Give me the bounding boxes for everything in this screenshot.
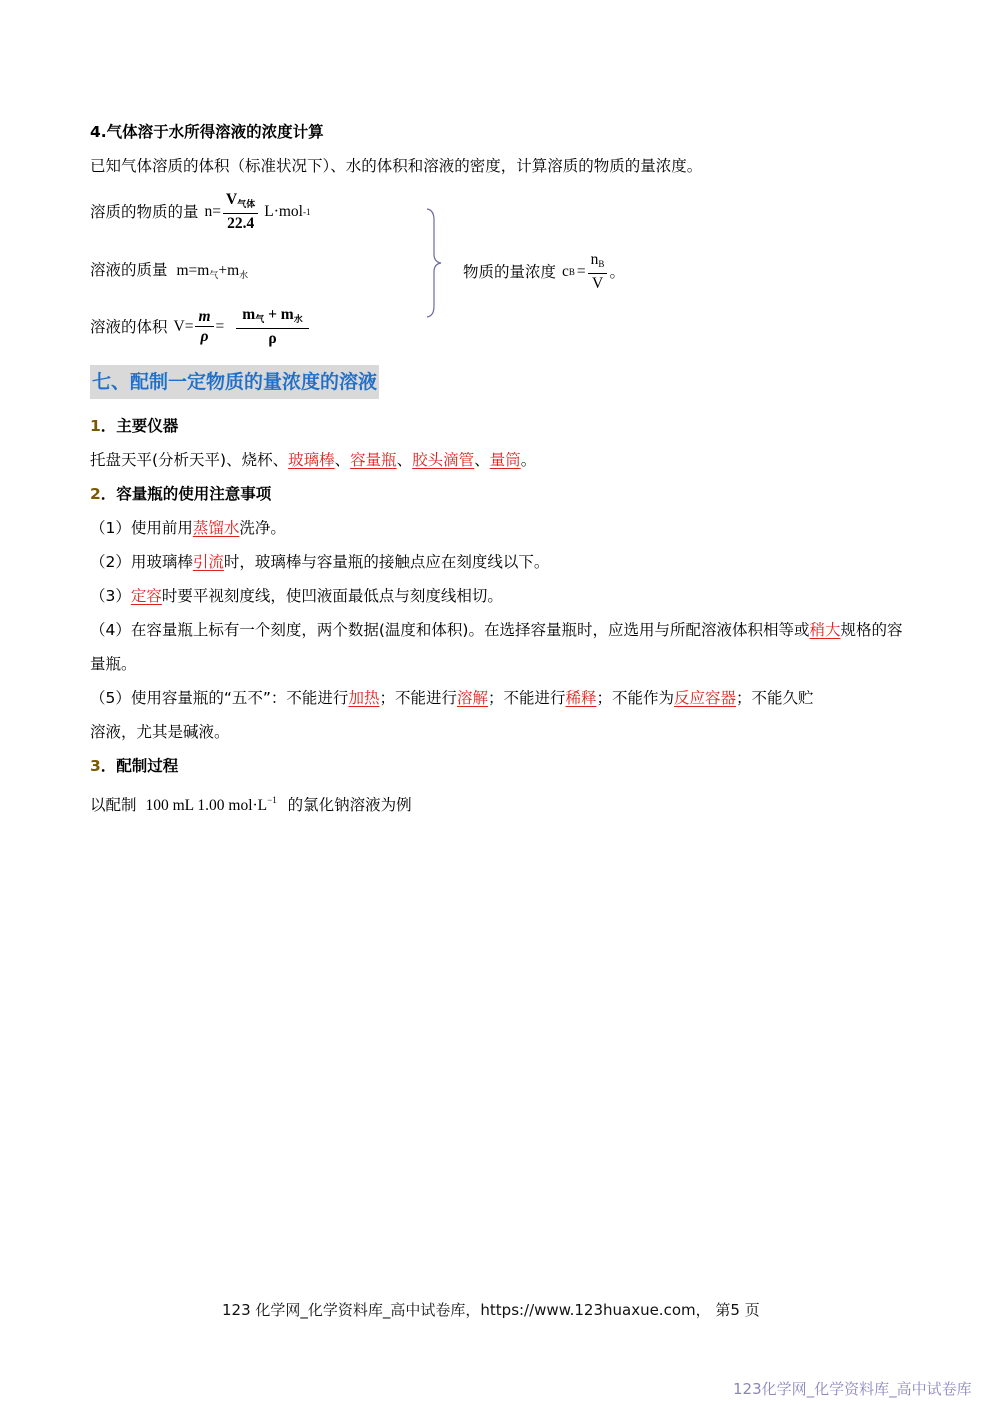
subheading-instruments: 1．主要仪器 — [90, 416, 178, 436]
formula-label: 溶液的体积 — [90, 317, 168, 337]
key-term: 稍大 — [809, 621, 840, 639]
formula-label: 溶液的质量 — [90, 261, 168, 279]
note-2: （2）用玻璃棒引流时，玻璃棒与容量瓶的接触点应在刻度线以下。 — [90, 552, 549, 572]
key-term: 容量瓶 — [350, 451, 397, 469]
key-term: 胶头滴管 — [412, 451, 474, 469]
formula-moles: 溶质的物质的量 n= V气体 22.4 L·mol-1 — [90, 190, 310, 234]
note-5-continued: 溶液，尤其是碱液。 — [90, 722, 230, 742]
formula-concentration: 物质的量浓度 cB = nB V 。 — [463, 250, 625, 294]
intro-paragraph: 已知气体溶质的体积（标准状况下）、水的体积和溶液的密度，计算溶质的物质的量浓度。 — [90, 156, 702, 176]
section-heading: 4.气体溶于水所得溶液的浓度计算 — [90, 122, 324, 142]
key-term: 加热 — [348, 689, 379, 707]
note-5: （5）使用容量瓶的“五不”：不能进行加热；不能进行溶解；不能进行稀释；不能作为反… — [90, 688, 814, 708]
note-1: （1）使用前用蒸馏水洗净。 — [90, 518, 286, 538]
fraction: V气体 22.4 — [223, 191, 258, 234]
section-title: 七、配制一定物质的量浓度的溶液 — [90, 365, 379, 399]
key-term: 稀释 — [566, 689, 597, 707]
key-term: 反应容器 — [674, 689, 736, 707]
subheading-procedure: 3．配制过程 — [90, 756, 178, 776]
formula-label: 溶质的物质的量 — [90, 202, 199, 222]
right-brace-icon — [425, 208, 445, 318]
note-3: （3）定容时要平视刻度线，使凹液面最低点与刻度线相切。 — [90, 586, 503, 606]
key-term: 蒸馏水 — [193, 519, 240, 537]
key-term: 玻璃棒 — [288, 451, 335, 469]
fraction: m ρ — [195, 308, 213, 347]
fraction: nB V — [588, 251, 608, 294]
note-4: （4）在容量瓶上标有一个刻度，两个数据(温度和体积)。在选择容量瓶时，应选用与所… — [90, 613, 905, 681]
instruments-line: 托盘天平(分析天平)、烧杯、玻璃棒、容量瓶、胶头滴管、量筒。 — [90, 450, 536, 470]
key-term: 量筒 — [490, 451, 521, 469]
formula-label: 物质的量浓度 — [463, 262, 556, 282]
formula-volume: 溶液的体积 V= m ρ = m气 + m水 ρ — [90, 304, 311, 350]
key-term: 溶解 — [457, 689, 488, 707]
key-term: 定容 — [131, 587, 162, 605]
watermark: 123化学网_化学资料库_高中试卷库 — [733, 1378, 972, 1399]
page-footer: 123 化学网_化学资料库_高中试卷库，https://www.123huaxu… — [222, 1299, 760, 1320]
formula-mass: 溶液的质量 m=m气+m水 — [90, 260, 248, 286]
key-term: 引流 — [193, 553, 224, 571]
procedure-line: 以配制 100 mL 1.00 mol·L−1 的氯化钠溶液为例 — [90, 790, 412, 816]
fraction: m气 + m水 ρ — [236, 306, 308, 349]
subheading-flask-notes: 2．容量瓶的使用注意事项 — [90, 484, 271, 504]
